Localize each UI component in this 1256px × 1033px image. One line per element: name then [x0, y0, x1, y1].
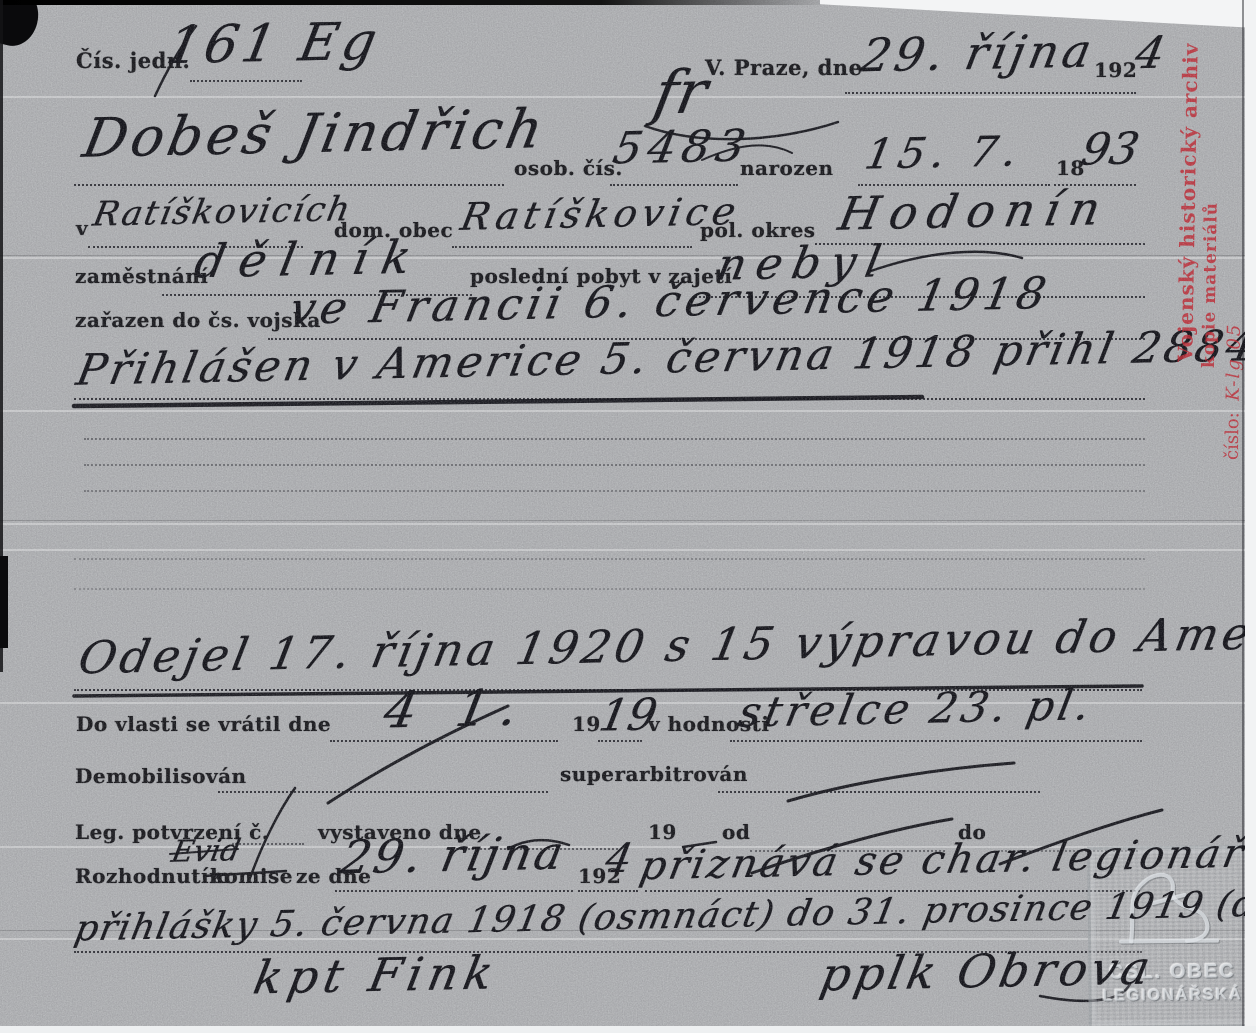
enlisted-label: zařazen do čs. vojska [75, 308, 321, 332]
rule-decision-date [335, 890, 573, 892]
decision-date-value: 29. října [336, 826, 570, 885]
demobilized-label: Demobilisován [75, 764, 247, 788]
scan-right-gap [1245, 0, 1256, 1033]
rule-file-no [190, 80, 302, 82]
birthplace-value: Ratíškovicích [90, 189, 355, 234]
in-label: v [76, 216, 88, 240]
rule-blank-2 [84, 464, 1145, 466]
scan-streak [0, 96, 1256, 98]
departed-line: Odejel 17. října 1920 s 15 výpravou do A… [74, 605, 1256, 685]
archive-number-label: číslo: [1222, 412, 1244, 460]
scan-bottom-gap [0, 1026, 1256, 1033]
decision-year-written: 4 [602, 836, 636, 883]
file-no-value: 161 Eg [162, 12, 385, 76]
name-value: Dobeš Jindřich [78, 97, 552, 170]
rule-year [1092, 92, 1136, 94]
occupation-value: dělník [190, 230, 429, 289]
rule-date [845, 92, 1090, 94]
rule-superarb [718, 791, 1040, 793]
rule-home [452, 246, 692, 248]
scan-streak [0, 257, 1256, 259]
scan-streak [0, 255, 1256, 256]
year-written: 4 [1131, 28, 1169, 80]
returned-day-value: 4 1. [379, 679, 534, 740]
rule-rank [730, 740, 1142, 742]
rule-returned-day [330, 740, 558, 742]
home-value: Ratíškovice [457, 189, 744, 239]
scan-corner-blob [0, 0, 44, 51]
rule-registered [74, 398, 1145, 400]
date-value: 29. října [856, 24, 1099, 83]
scan-top-right-gap [820, 0, 1256, 28]
signature-right: pplk Obrova [816, 941, 1158, 1002]
rank-value: střelce 23. pl. [735, 680, 1098, 736]
born-year-value: 93 [1077, 123, 1143, 175]
scan-streak [0, 520, 1256, 521]
place-date-label: V. Praze, dne [705, 55, 862, 80]
scan-top-edge [0, 0, 835, 5]
returned-year-value: 19 [595, 689, 661, 741]
scan-right-edge [1242, 0, 1244, 1033]
scan-streak [0, 549, 1256, 551]
cert-century: 19 [648, 820, 677, 844]
scanned-legion-form: Čís. jedn. V. Praze, dne 192 osob. čís. … [0, 0, 1256, 1033]
superarbitrated-label: superarbitrován [560, 762, 748, 786]
rule-demob [218, 791, 548, 793]
stroke-superarbitrated [788, 763, 1014, 801]
rule-blank-1 [84, 438, 1145, 440]
rule-personal-no [610, 184, 738, 186]
scan-streak [0, 523, 1256, 525]
returned-label: Do vlasti se vrátil dne [76, 712, 331, 736]
born-day-value: 15. 7. [861, 126, 1027, 178]
rule-name [74, 184, 504, 186]
district-value: Hodonín [834, 181, 1114, 241]
personal-no-value: 5483 [609, 121, 755, 175]
signature-left: kpt Fink [249, 945, 503, 1004]
scan-left-mark [0, 556, 8, 648]
occupation-label: zaměstnání [75, 264, 208, 288]
rule-blank-3 [84, 490, 1145, 492]
paraph: fr [648, 57, 713, 128]
rule-decision-year [578, 890, 638, 892]
born-label: narozen [740, 156, 834, 180]
rule-blank-4 [74, 558, 1145, 560]
rule-blank-5 [74, 588, 1145, 590]
scan-streak [0, 410, 1256, 412]
archive-stamp-line1: Vojenský historický archiv [1173, 32, 1203, 362]
decision-replacement: Evid [169, 833, 244, 869]
